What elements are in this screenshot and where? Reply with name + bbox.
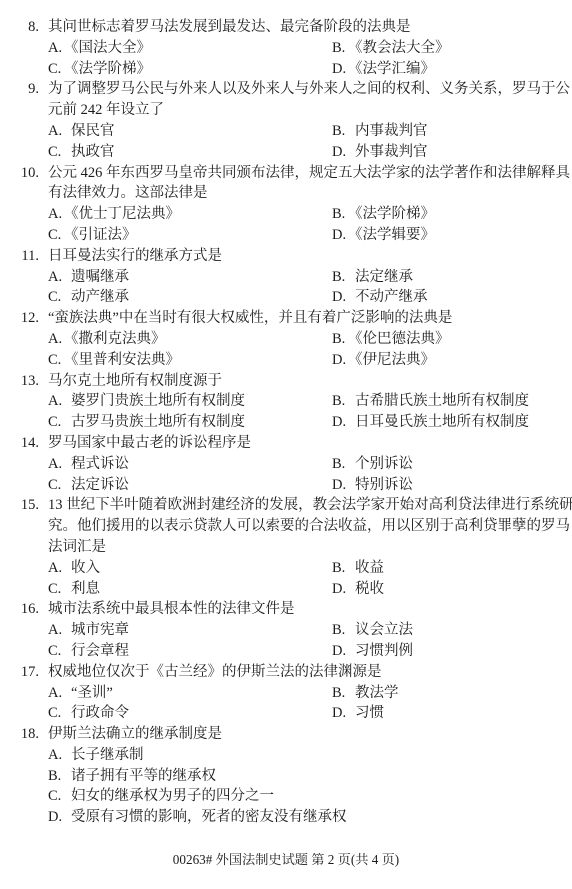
option-text: 《国法大全》 (64, 40, 151, 56)
option-text: 《伊尼法典》 (348, 352, 435, 368)
question-stem: “蛮族法典”中在当时有很大权威性，并且有着广泛影响的法典是 (48, 308, 452, 329)
option-text: 特别诉讼 (355, 477, 413, 493)
option-c: C.《引证法》 (48, 225, 137, 246)
option-text: 《法学阶梯》 (348, 206, 435, 222)
option-text: 《引证法》 (64, 227, 137, 243)
option-c: C.执政官 (48, 142, 115, 163)
option-b: B.古希腊氏族土地所有权制度 (332, 391, 529, 412)
option-text: 《法学辑要》 (348, 227, 435, 243)
option-b: B.教法学 (332, 683, 399, 704)
option-b: B.议会立法 (332, 620, 413, 641)
option-c: C.动产继承 (48, 287, 129, 308)
question-stem-continued: 究。他们援用的以表示贷款人可以索要的合法收益，用以区别于高利贷罪孽的罗马 (48, 516, 570, 537)
option-label: D. (332, 142, 355, 163)
question-number: 8. (0, 17, 39, 38)
question-stem: 伊斯兰法确立的继承制度是 (48, 724, 222, 745)
question-number: 18. (0, 724, 39, 745)
option-a: A.保民官 (48, 121, 115, 142)
option-a: A.《国法大全》 (48, 38, 151, 59)
option-b: B.法定继承 (332, 267, 413, 288)
option-label: D. (332, 641, 355, 662)
question-number: 13. (0, 371, 39, 392)
option-text: 《教会法大全》 (348, 40, 450, 56)
option-label: B. (332, 121, 355, 142)
option-b: B.《伦巴德法典》 (332, 329, 450, 350)
option-c: C.妇女的继承权为男子的四分之一 (48, 786, 274, 807)
option-d: D.《伊尼法典》 (332, 350, 435, 371)
option-text: 不动产继承 (355, 289, 428, 305)
option-text: 收入 (71, 560, 100, 576)
option-text: 《法学阶梯》 (64, 61, 151, 77)
option-text: 遗嘱继承 (71, 269, 129, 285)
option-text: 长子继承制 (71, 747, 144, 763)
option-b: B.收益 (332, 558, 384, 579)
option-label: B. (332, 620, 355, 641)
option-text: 个别诉讼 (355, 456, 413, 472)
option-d: D.习惯判例 (332, 641, 413, 662)
page-footer: 00263# 外国法制史试题 第 2 页(共 4 页) (0, 851, 572, 869)
option-text: 古希腊氏族土地所有权制度 (355, 393, 529, 409)
option-text: 收益 (355, 560, 384, 576)
option-b: B.内事裁判官 (332, 121, 428, 142)
question-17: 17. 权威地位仅次于《古兰经》的伊斯兰法的法律渊源是 A.“圣训” B.教法学… (0, 662, 572, 724)
option-text: 《法学汇编》 (348, 61, 435, 77)
option-label: D. (332, 412, 355, 433)
option-label: D. (48, 807, 71, 828)
option-a: A.《撒利克法典》 (48, 329, 166, 350)
option-text: 古罗马贵族土地所有权制度 (71, 414, 245, 430)
question-stem: 城市法系统中最具根本性的法律文件是 (48, 599, 295, 620)
option-label: C. (48, 579, 71, 600)
option-text: 法定诉讼 (71, 477, 129, 493)
question-stem: 罗马国家中最古老的诉讼程序是 (48, 433, 251, 454)
option-label: A. (48, 745, 71, 766)
question-18: 18. 伊斯兰法确立的继承制度是 A.长子继承制 B.诸子拥有平等的继承权 C.… (0, 724, 572, 828)
option-label: A. (48, 620, 71, 641)
question-number: 14. (0, 433, 39, 454)
option-label: C. (48, 287, 71, 308)
option-text: 《伦巴德法典》 (348, 331, 450, 347)
question-stem: 日耳曼法实行的继承方式是 (48, 246, 222, 267)
option-label: D. (332, 475, 355, 496)
option-text: 执政官 (71, 144, 115, 160)
option-c: C.行政命令 (48, 703, 129, 724)
option-text: 外事裁判官 (355, 144, 428, 160)
option-d: D.不动产继承 (332, 287, 428, 308)
option-text: 受原有习惯的影响，死者的密友没有继承权 (71, 809, 347, 825)
option-text: 法定继承 (355, 269, 413, 285)
question-stem: 13 世纪下半叶随着欧洲封建经济的发展，教会法学家开始对高利贷法律进行系统研 (48, 495, 572, 516)
option-label: B. (332, 558, 355, 579)
option-text: 利息 (71, 581, 100, 597)
question-stem: 其问世标志着罗马法发展到最发达、最完备阶段的法典是 (48, 17, 411, 38)
question-9: 9. 为了调整罗马公民与外来人以及外来人与外来人之间的权利、义务关系，罗马于公 … (0, 79, 572, 162)
question-stem-continued: 元前 242 年设立了 (48, 100, 164, 121)
option-c: C.法定诉讼 (48, 475, 129, 496)
option-label: C. (48, 475, 71, 496)
option-text: 婆罗门贵族土地所有权制度 (71, 393, 245, 409)
question-8: 8. 其问世标志着罗马法发展到最发达、最完备阶段的法典是 A.《国法大全》 B.… (0, 17, 572, 79)
option-d: D.《法学辑要》 (332, 225, 435, 246)
option-d: D.日耳曼氏族土地所有权制度 (332, 412, 529, 433)
question-14: 14. 罗马国家中最古老的诉讼程序是 A.程式诉讼 B.个别诉讼 C.法定诉讼 … (0, 433, 572, 495)
option-a: A.婆罗门贵族土地所有权制度 (48, 391, 245, 412)
option-b: B.诸子拥有平等的继承权 (48, 766, 216, 787)
option-label: B. (332, 267, 355, 288)
option-d: D.税收 (332, 579, 384, 600)
option-label: A. (48, 454, 71, 475)
option-label: B. (332, 391, 355, 412)
option-label: D. (332, 287, 355, 308)
option-text: 诸子拥有平等的继承权 (71, 768, 216, 784)
option-text: 《优士丁尼法典》 (64, 206, 180, 222)
option-c: C.利息 (48, 579, 100, 600)
question-stem-continued: 法词汇是 (48, 537, 106, 558)
option-text: 程式诉讼 (71, 456, 129, 472)
option-label: B. (332, 454, 355, 475)
option-label: B. (48, 766, 71, 787)
option-label: C. (48, 703, 71, 724)
option-label: A. (48, 121, 71, 142)
question-12: 12. “蛮族法典”中在当时有很大权威性，并且有着广泛影响的法典是 A.《撒利克… (0, 308, 572, 370)
option-label: B. (332, 683, 355, 704)
option-c: C.行会章程 (48, 641, 129, 662)
option-a: A.长子继承制 (48, 745, 144, 766)
option-text: 习惯判例 (355, 643, 413, 659)
question-13: 13. 马尔克土地所有权制度源于 A.婆罗门贵族土地所有权制度 B.古希腊氏族土… (0, 371, 572, 433)
option-a: A.“圣训” (48, 683, 113, 704)
question-number: 12. (0, 308, 39, 329)
question-stem-continued: 有法律效力。这部法律是 (48, 183, 208, 204)
option-text: 习惯 (355, 705, 384, 721)
option-text: “圣训” (71, 685, 113, 701)
option-d: D.外事裁判官 (332, 142, 428, 163)
option-d: D.特别诉讼 (332, 475, 413, 496)
option-label: D. (332, 703, 355, 724)
option-b: B.《教会法大全》 (332, 38, 450, 59)
option-text: 教法学 (355, 685, 399, 701)
option-text: 税收 (355, 581, 384, 597)
option-label: A. (48, 267, 71, 288)
question-number: 10. (0, 163, 39, 184)
question-stem: 为了调整罗马公民与外来人以及外来人与外来人之间的权利、义务关系，罗马于公 (48, 79, 570, 100)
option-text: 动产继承 (71, 289, 129, 305)
question-number: 11. (0, 246, 39, 267)
option-c: C.《法学阶梯》 (48, 59, 151, 80)
option-c: C.《里普利安法典》 (48, 350, 180, 371)
option-text: 《撒利克法典》 (64, 331, 166, 347)
option-text: 内事裁判官 (355, 123, 428, 139)
question-stem: 马尔克土地所有权制度源于 (48, 371, 222, 392)
question-15: 15. 13 世纪下半叶随着欧洲封建经济的发展，教会法学家开始对高利贷法律进行系… (0, 495, 572, 599)
option-a: A.城市宪章 (48, 620, 129, 641)
option-text: 行政命令 (71, 705, 129, 721)
question-stem: 公元 426 年东西罗马皇帝共同颁布法律，规定五大法学家的法学著作和法律解释具 (48, 163, 570, 184)
question-10: 10. 公元 426 年东西罗马皇帝共同颁布法律，规定五大法学家的法学著作和法律… (0, 163, 572, 246)
option-label: A. (48, 558, 71, 579)
option-a: A.遗嘱继承 (48, 267, 129, 288)
question-stem: 权威地位仅次于《古兰经》的伊斯兰法的法律渊源是 (48, 662, 382, 683)
option-text: 保民官 (71, 123, 115, 139)
option-text: 妇女的继承权为男子的四分之一 (71, 788, 274, 804)
option-label: C. (48, 786, 71, 807)
question-number: 9. (0, 79, 39, 100)
option-text: 议会立法 (355, 622, 413, 638)
question-16: 16. 城市法系统中最具根本性的法律文件是 A.城市宪章 B.议会立法 C.行会… (0, 599, 572, 661)
option-d: D.受原有习惯的影响，死者的密友没有继承权 (48, 807, 347, 828)
option-label: C. (48, 412, 71, 433)
question-number: 17. (0, 662, 39, 683)
option-label: A. (48, 683, 71, 704)
option-d: D.《法学汇编》 (332, 59, 435, 80)
exam-page: 8. 其问世标志着罗马法发展到最发达、最完备阶段的法典是 A.《国法大全》 B.… (0, 17, 572, 828)
option-a: A.《优士丁尼法典》 (48, 204, 180, 225)
question-11: 11. 日耳曼法实行的继承方式是 A.遗嘱继承 B.法定继承 C.动产继承 D.… (0, 246, 572, 308)
option-label: D. (332, 579, 355, 600)
option-text: 日耳曼氏族土地所有权制度 (355, 414, 529, 430)
option-text: 城市宪章 (71, 622, 129, 638)
option-text: 行会章程 (71, 643, 129, 659)
option-b: B.个别诉讼 (332, 454, 413, 475)
option-a: A.收入 (48, 558, 100, 579)
option-text: 《里普利安法典》 (64, 352, 180, 368)
question-number: 15. (0, 495, 39, 516)
option-d: D.习惯 (332, 703, 384, 724)
option-label: A. (48, 391, 71, 412)
option-b: B.《法学阶梯》 (332, 204, 435, 225)
option-label: C. (48, 641, 71, 662)
option-c: C.古罗马贵族土地所有权制度 (48, 412, 245, 433)
option-a: A.程式诉讼 (48, 454, 129, 475)
option-label: C. (48, 142, 71, 163)
question-number: 16. (0, 599, 39, 620)
